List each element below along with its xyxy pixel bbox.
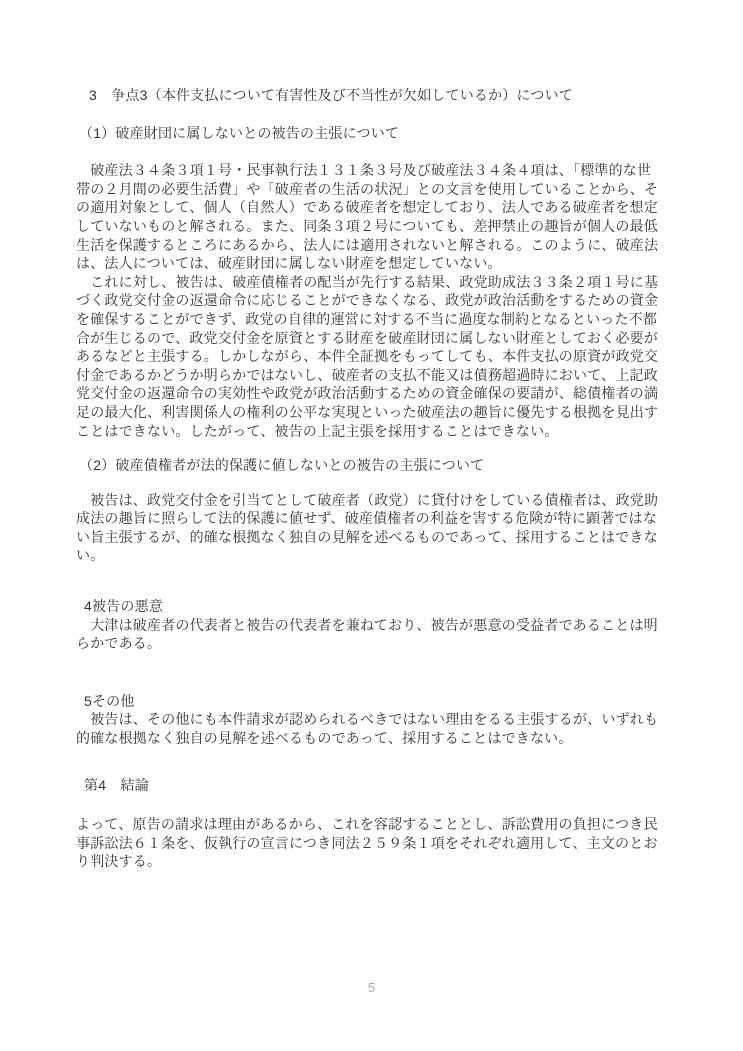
section-heading-others: 5その他 [76, 692, 664, 711]
paragraph-conclusion: よって、原告の請求は理由があるから、これを容認することとし、訴訟費用の負担につき… [76, 815, 664, 871]
paragraph-bad-faith: 大津は破産者の代表者と被告の代表者を兼ねており、被告が悪意の受益者であることは明… [76, 616, 664, 653]
paragraph-bankruptcy-estate-2: これに対し、被告は、破産債権者の配当が先行する結果、政党助成法３３条２項１号に基… [76, 273, 664, 440]
section-heading-conclusion: 第4 結論 [76, 776, 664, 795]
subsection-heading-2: （2）破産債権者が法的保護に値しないとの被告の主張について [76, 456, 664, 475]
paragraph-others: 被告は、その他にも本件請求が認められるべきではない理由をるる主張するが、いずれも… [76, 710, 664, 747]
section-heading-bad-faith: 4被告の悪意 [76, 597, 664, 616]
document-page: 3 争点3（本件支払について有害性及び不当性が欠如しているか）について （1）破… [76, 86, 664, 871]
paragraph-legal-protection: 被告は、政党交付金を引当てとして破産者（政党）に貸付けをしている債権者は、政党助… [76, 491, 664, 565]
subsection-heading-1: （1）破産財団に属しないとの被告の主張について [76, 124, 664, 143]
paragraph-bankruptcy-estate-1: 破産法３４条３項１号・民事執行法１３１条３号及び破産法３４条４項は、「標準的な世… [76, 161, 664, 273]
section-heading-issue3: 3 争点3（本件支払について有害性及び不当性が欠如しているか）について [76, 86, 664, 105]
page-number: 5 [0, 980, 743, 995]
